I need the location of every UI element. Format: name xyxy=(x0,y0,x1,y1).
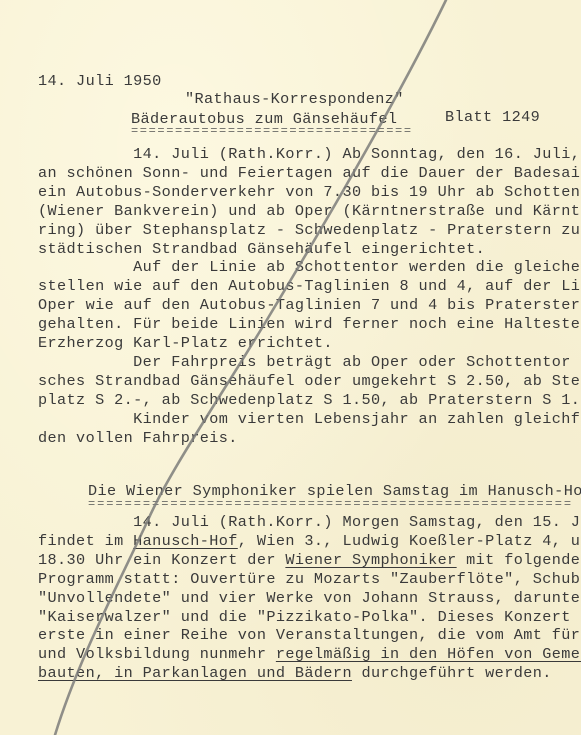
body-line: ring) über Stephansplatz - Schwedenplatz… xyxy=(38,221,581,239)
body-line: gehalten. Für beide Linien wird ferner n… xyxy=(38,315,581,333)
body-line: städtischen Strandbad Gänsehäufel einger… xyxy=(38,240,485,258)
body-line: (Wiener Bankverein) und ab Oper (Kärntne… xyxy=(38,202,581,220)
body-line: und Volksbildung nunmehr regelmäßig in d… xyxy=(38,645,581,663)
body-line: findet im Hanusch-Hof, Wien 3., Ludwig K… xyxy=(38,532,581,550)
page-header: 14. Juli 1950 "Rathaus-Korrespondenz" Bl… xyxy=(38,54,76,144)
underlined-phrase: Hanusch-Hof xyxy=(133,532,238,550)
body-line: "Unvollendete" und vier Werke von Johann… xyxy=(38,589,581,607)
underlined-phrase: Wiener Symphoniker xyxy=(285,551,456,569)
underlined-phrase: bauten, in Parkanlagen und Bädern xyxy=(38,664,352,682)
body-line: Oper wie auf den Autobus-Taglinien 7 und… xyxy=(38,296,581,314)
article-1-title-rule: ================================ xyxy=(131,124,413,138)
body-line: den vollen Fahrpreis. xyxy=(38,429,238,447)
body-line: ein Autobus-Sonderverkehr von 7.30 bis 1… xyxy=(38,183,581,201)
body-line: "Kaiserwalzer" und die "Pizzikato-Polka"… xyxy=(38,608,581,626)
header-publication: "Rathaus-Korrespondenz" xyxy=(185,90,404,108)
underlined-phrase: regelmäßig in den Höfen von Gemeinde- xyxy=(276,645,581,663)
body-line: erste in einer Reihe von Veranstaltungen… xyxy=(38,626,581,644)
body-line: Kinder vom vierten Lebensjahr an zahlen … xyxy=(38,410,581,428)
typewritten-page: 14. Juli 1950 "Rathaus-Korrespondenz" Bl… xyxy=(0,0,581,735)
body-line: 14. Juli (Rath.Korr.) Ab Sonntag, den 16… xyxy=(38,145,581,163)
body-line: sches Strandbad Gänsehäufel oder umgekeh… xyxy=(38,372,581,390)
article-2-title-rule: ========================================… xyxy=(88,497,573,511)
body-line: stellen wie auf den Autobus-Taglinien 8 … xyxy=(38,277,581,295)
body-line: 18.30 Uhr ein Konzert der Wiener Symphon… xyxy=(38,551,581,569)
body-line: 14. Juli (Rath.Korr.) Morgen Samstag, de… xyxy=(38,513,581,531)
body-line: bauten, in Parkanlagen und Bädern durchg… xyxy=(38,664,552,682)
body-line: Der Fahrpreis beträgt ab Oper oder Schot… xyxy=(38,353,581,371)
body-line: Programm statt: Ouvertüre zu Mozarts "Za… xyxy=(38,570,581,588)
body-line: Auf der Linie ab Schottentor werden die … xyxy=(38,258,581,276)
header-sheet: Blatt 1249 xyxy=(445,108,540,126)
body-line: Erzherzog Karl-Platz errichtet. xyxy=(38,334,333,352)
body-line: platz S 2.-, ab Schwedenplatz S 1.50, ab… xyxy=(38,391,581,409)
body-line: an schönen Sonn- und Feiertagen auf die … xyxy=(38,164,581,182)
header-date: 14. Juli 1950 xyxy=(38,72,162,90)
